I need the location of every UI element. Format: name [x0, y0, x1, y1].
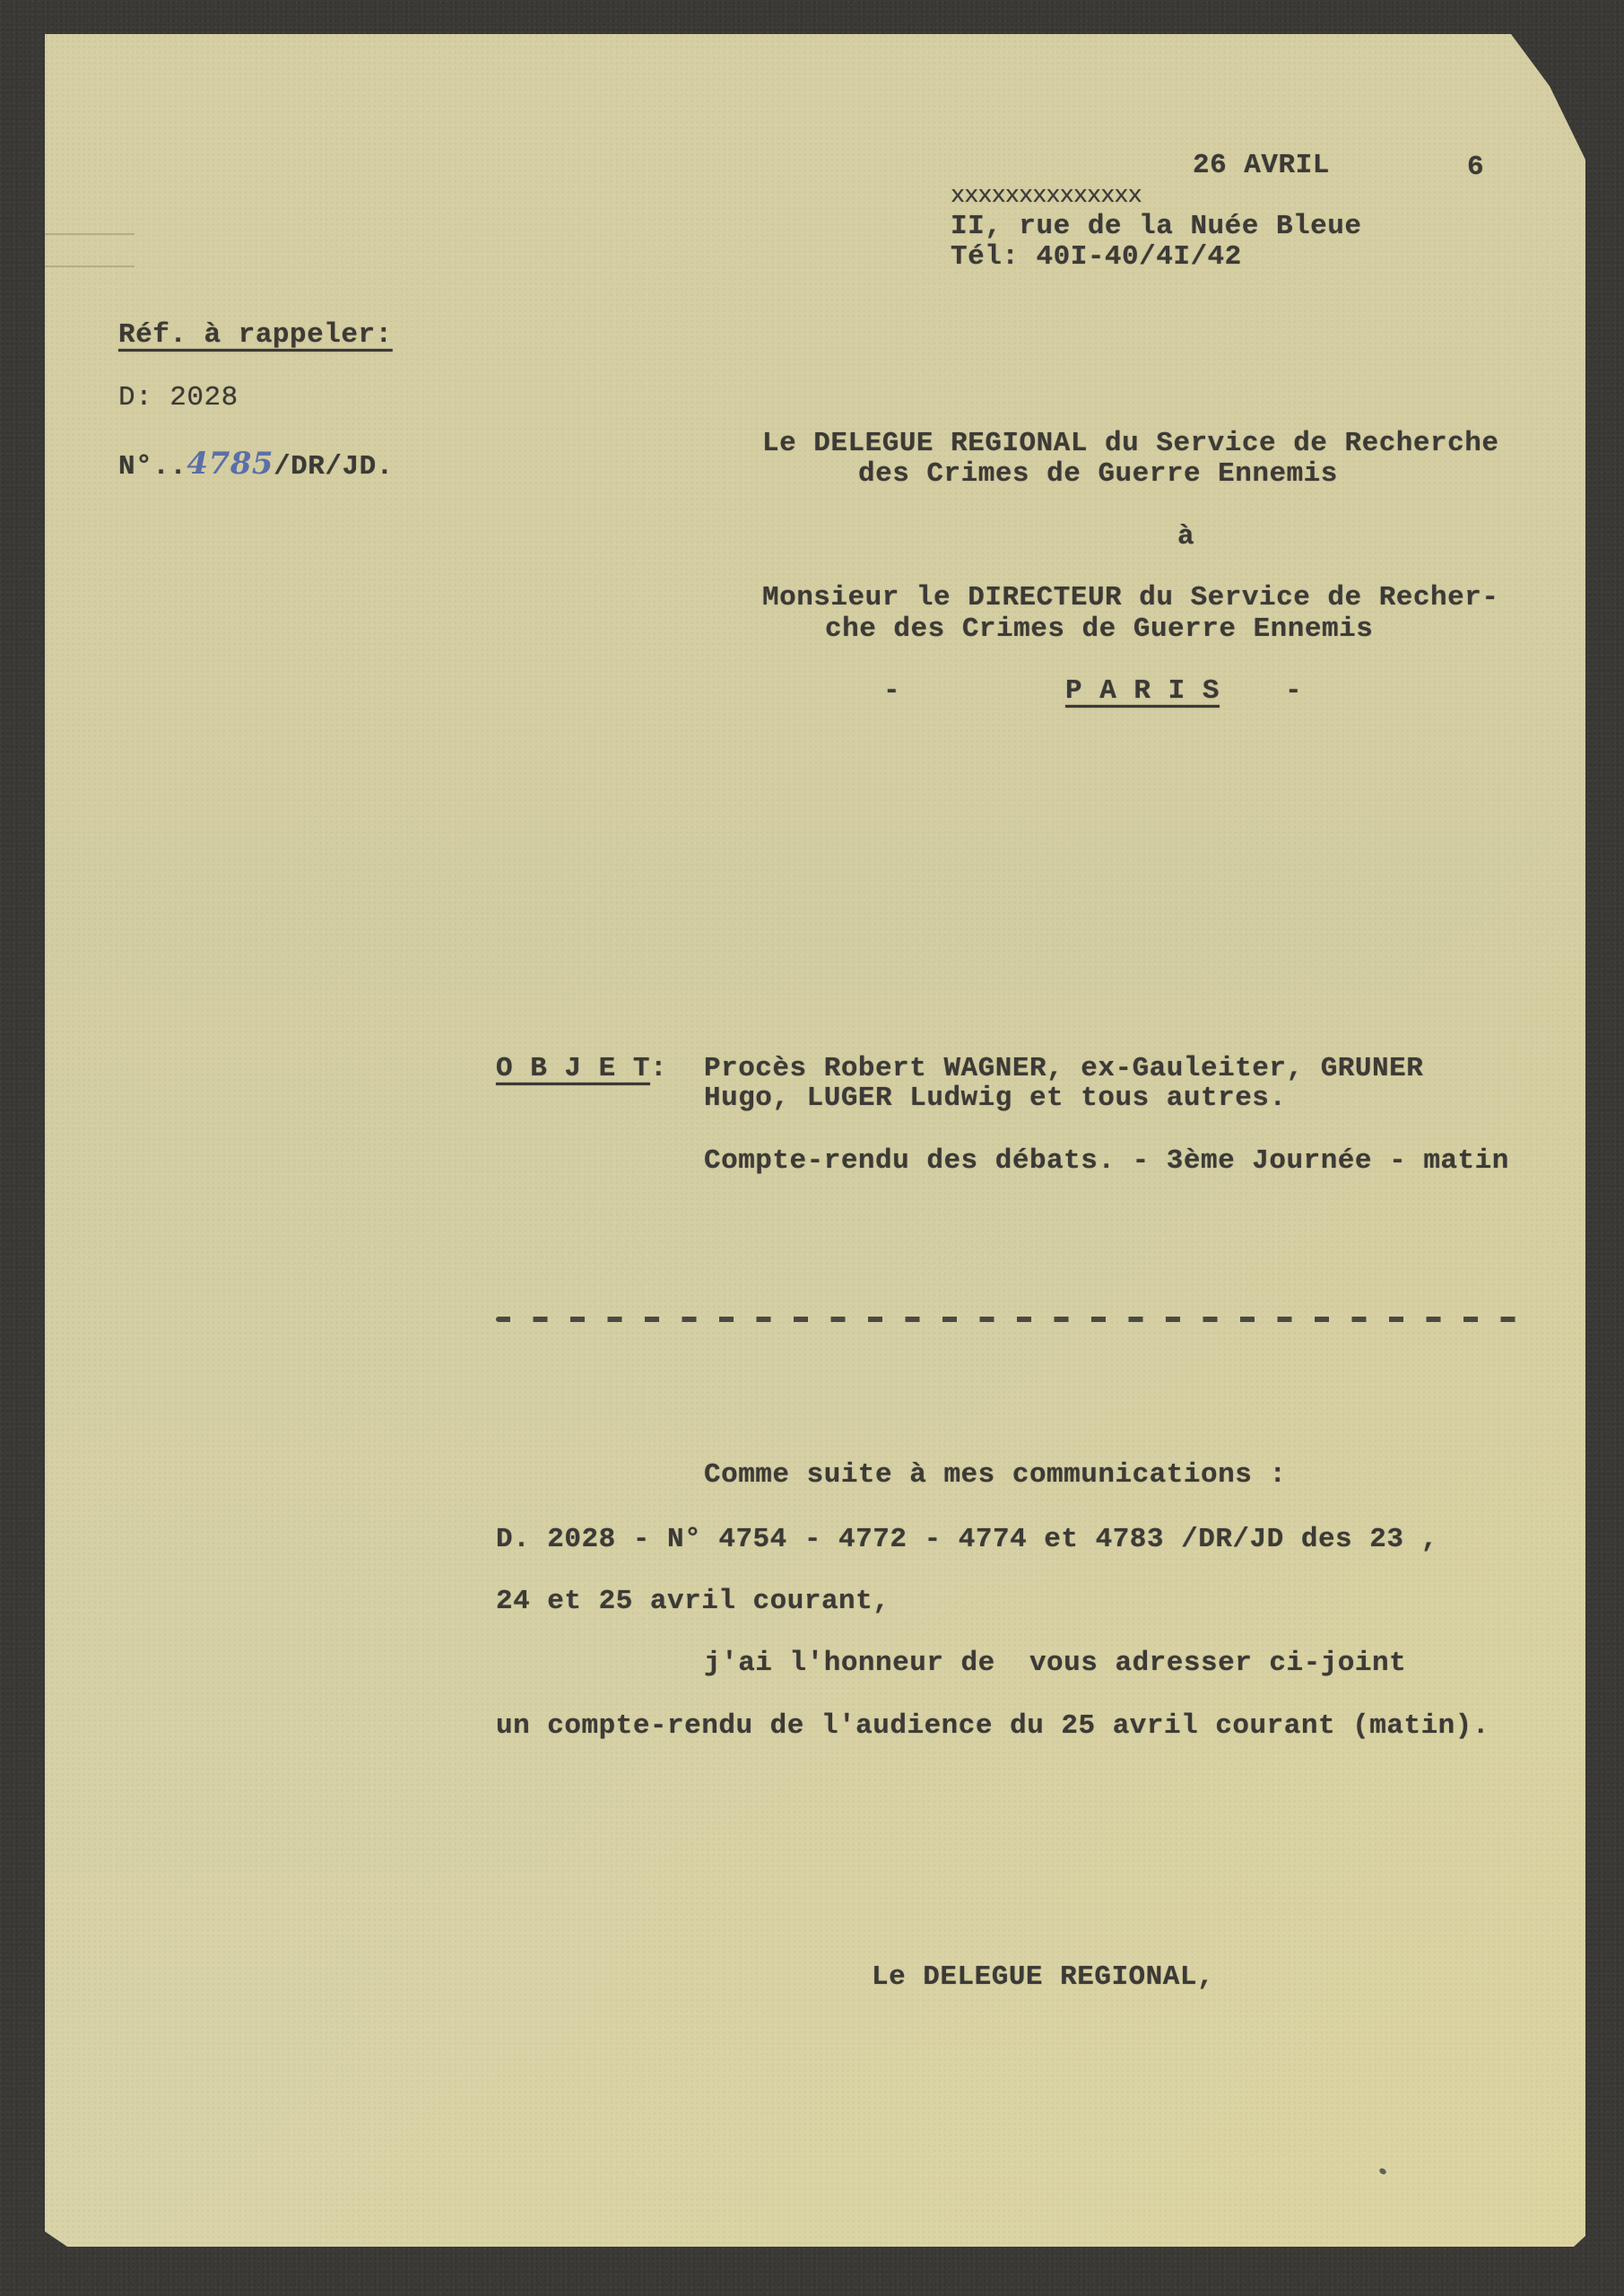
subject-line-3: Compte-rendu des débats. - 3ème Journée … [704, 1146, 1509, 1177]
subject-line-1: Procès Robert WAGNER, ex-Gauleiter, GRUN… [704, 1054, 1423, 1084]
subject-label-group: O B J E T: [496, 1054, 667, 1084]
to-word: à [1177, 522, 1194, 552]
page-number: 6 [1467, 152, 1484, 183]
sender-address: II, rue de la Nuée Bleue [951, 212, 1361, 242]
letter-date: 26 AVRIL [1193, 151, 1330, 181]
body-line-5: un compte-rendu de l'audience du 25 avri… [496, 1711, 1489, 1742]
subject-label: O B J E T [496, 1053, 650, 1084]
recipient-city-dash-right: - [1285, 676, 1302, 707]
recipient-city-dash-left: - [883, 676, 900, 707]
body-line-1: Comme suite à mes communications : [704, 1460, 1287, 1491]
subject-line-2: Hugo, LUGER Ludwig et tous autres. [704, 1083, 1287, 1114]
reference-label: Réf. à rappeler: [118, 320, 393, 351]
show-through-mark [45, 233, 135, 235]
reference-dossier: D: 2028 [118, 383, 239, 413]
recipient-line-1: Monsieur le DIRECTEUR du Service de Rech… [762, 583, 1498, 613]
reference-number-prefix: N°.. [118, 451, 187, 483]
handwritten-number: 4785 [187, 446, 274, 482]
body-line-2: D. 2028 - N° 4754 - 4772 - 4774 et 4783 … [496, 1525, 1438, 1555]
recipient-city: P A R I S [1065, 676, 1220, 707]
recipient-line-2: che des Crimes de Guerre Ennemis [825, 614, 1373, 645]
body-line-4: j'ai l'honneur de vous adresser ci-joint [704, 1648, 1406, 1679]
reference-number: N°..4785/DR/JD. [118, 448, 394, 483]
show-through-mark [45, 265, 135, 267]
dashed-separator [496, 1317, 1527, 1322]
subject-colon: : [650, 1053, 667, 1084]
sender-line-1: Le DELEGUE REGIONAL du Service de Recher… [762, 429, 1498, 459]
reference-number-suffix: /DR/JD. [274, 451, 394, 483]
sender-phone: Tél: 40I-40/4I/42 [951, 242, 1242, 273]
signature-line: Le DELEGUE REGIONAL, [872, 1962, 1214, 1993]
sender-line-2: des Crimes de Guerre Ennemis [858, 459, 1338, 490]
letter-page [45, 34, 1585, 2247]
body-line-3: 24 et 25 avril courant, [496, 1587, 890, 1617]
struck-out-line: xxxxxxxxxxxxxx [951, 181, 1142, 212]
